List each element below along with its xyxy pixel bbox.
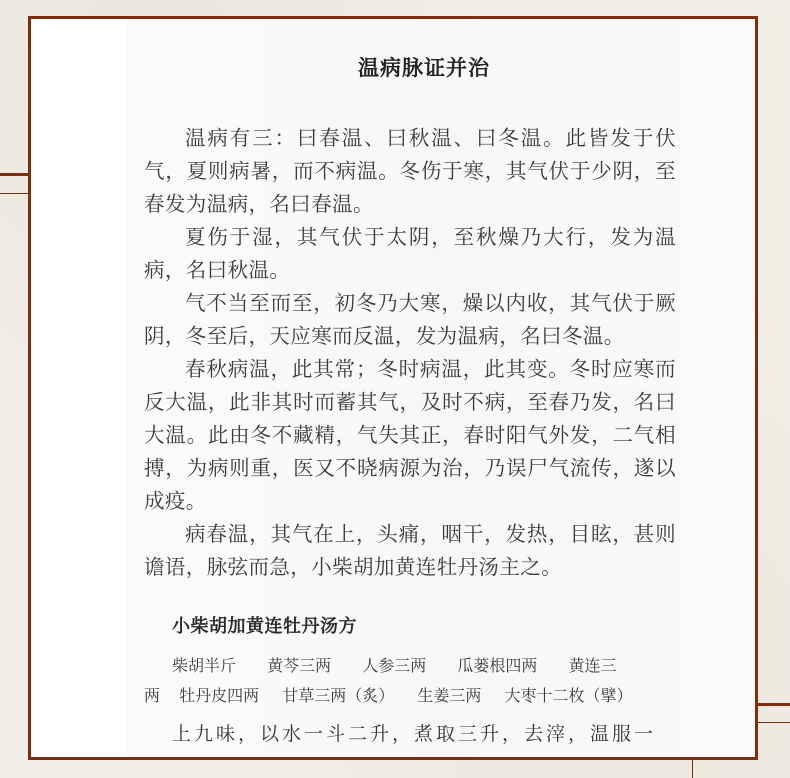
page-title: 温病脉证并治 (144, 52, 704, 82)
ingredient: 甘草三两（炙） (282, 681, 394, 711)
paragraph: 气不当至而至，初冬乃大寒，燥以内收，其气伏于厥阴，冬至后，天应寒而反温，发为温病… (144, 287, 676, 353)
ingredient-list: 柴胡半斤 黄芩三两 人参三两 瓜蒌根四两 黄连三 两 牡丹皮四两 甘草三两（炙）… (144, 651, 684, 711)
ingredient: 大枣十二枚（擘） (504, 681, 632, 711)
paragraph: 温病有三：曰春温、曰秋温、曰冬温。此皆发于伏气，夏则病暑，而不病温。冬伤于寒，其… (144, 122, 676, 221)
recipe-title: 小柴胡加黄连牡丹汤方 (172, 612, 357, 638)
ingredient: 生姜三两 (417, 681, 481, 711)
ingredient: 黄芩三两 (267, 651, 331, 681)
ingredient-line: 两 牡丹皮四两 甘草三两（炙） 生姜三两 大枣十二枚（擘） (144, 681, 684, 711)
ingredient-line: 柴胡半斤 黄芩三两 人参三两 瓜蒌根四两 黄连三 (144, 651, 684, 681)
preparation-method: 上九味，以水一斗二升，煮取三升，去滓，温服一 (172, 719, 656, 746)
ingredient: 柴胡半斤 (172, 651, 236, 681)
decorative-line-left-thick (0, 173, 28, 176)
decorative-line-right-thin (758, 722, 790, 723)
ingredient: 瓜蒌根四两 (457, 651, 537, 681)
content-frame: 温病脉证并治 温病有三：曰春温、曰秋温、曰冬温。此皆发于伏气，夏则病暑，而不病温… (28, 16, 758, 760)
ingredient: 牡丹皮四两 (179, 681, 259, 711)
body-text: 温病有三：曰春温、曰秋温、曰冬温。此皆发于伏气，夏则病暑，而不病温。冬伤于寒，其… (144, 122, 676, 584)
ingredient-continuation: 两 (144, 681, 160, 711)
decorative-line-bottom-vertical (692, 760, 693, 778)
decorative-line-left-thin (0, 193, 28, 194)
decorative-line-right-thick (758, 703, 790, 706)
paragraph: 夏伤于湿，其气伏于太阴，至秋燥乃大行，发为温病，名曰秋温。 (144, 221, 676, 287)
paragraph: 春秋病温，此其常；冬时病温，此其变。冬时应寒而反大温，此非其时而蓄其气，及时不病… (144, 353, 676, 518)
paragraph: 病春温，其气在上，头痛，咽干，发热，目眩，甚则谵语，脉弦而急，小柴胡加黄连牡丹汤… (144, 518, 676, 584)
ingredient: 黄连三 (568, 651, 616, 681)
ingredient: 人参三两 (362, 651, 426, 681)
